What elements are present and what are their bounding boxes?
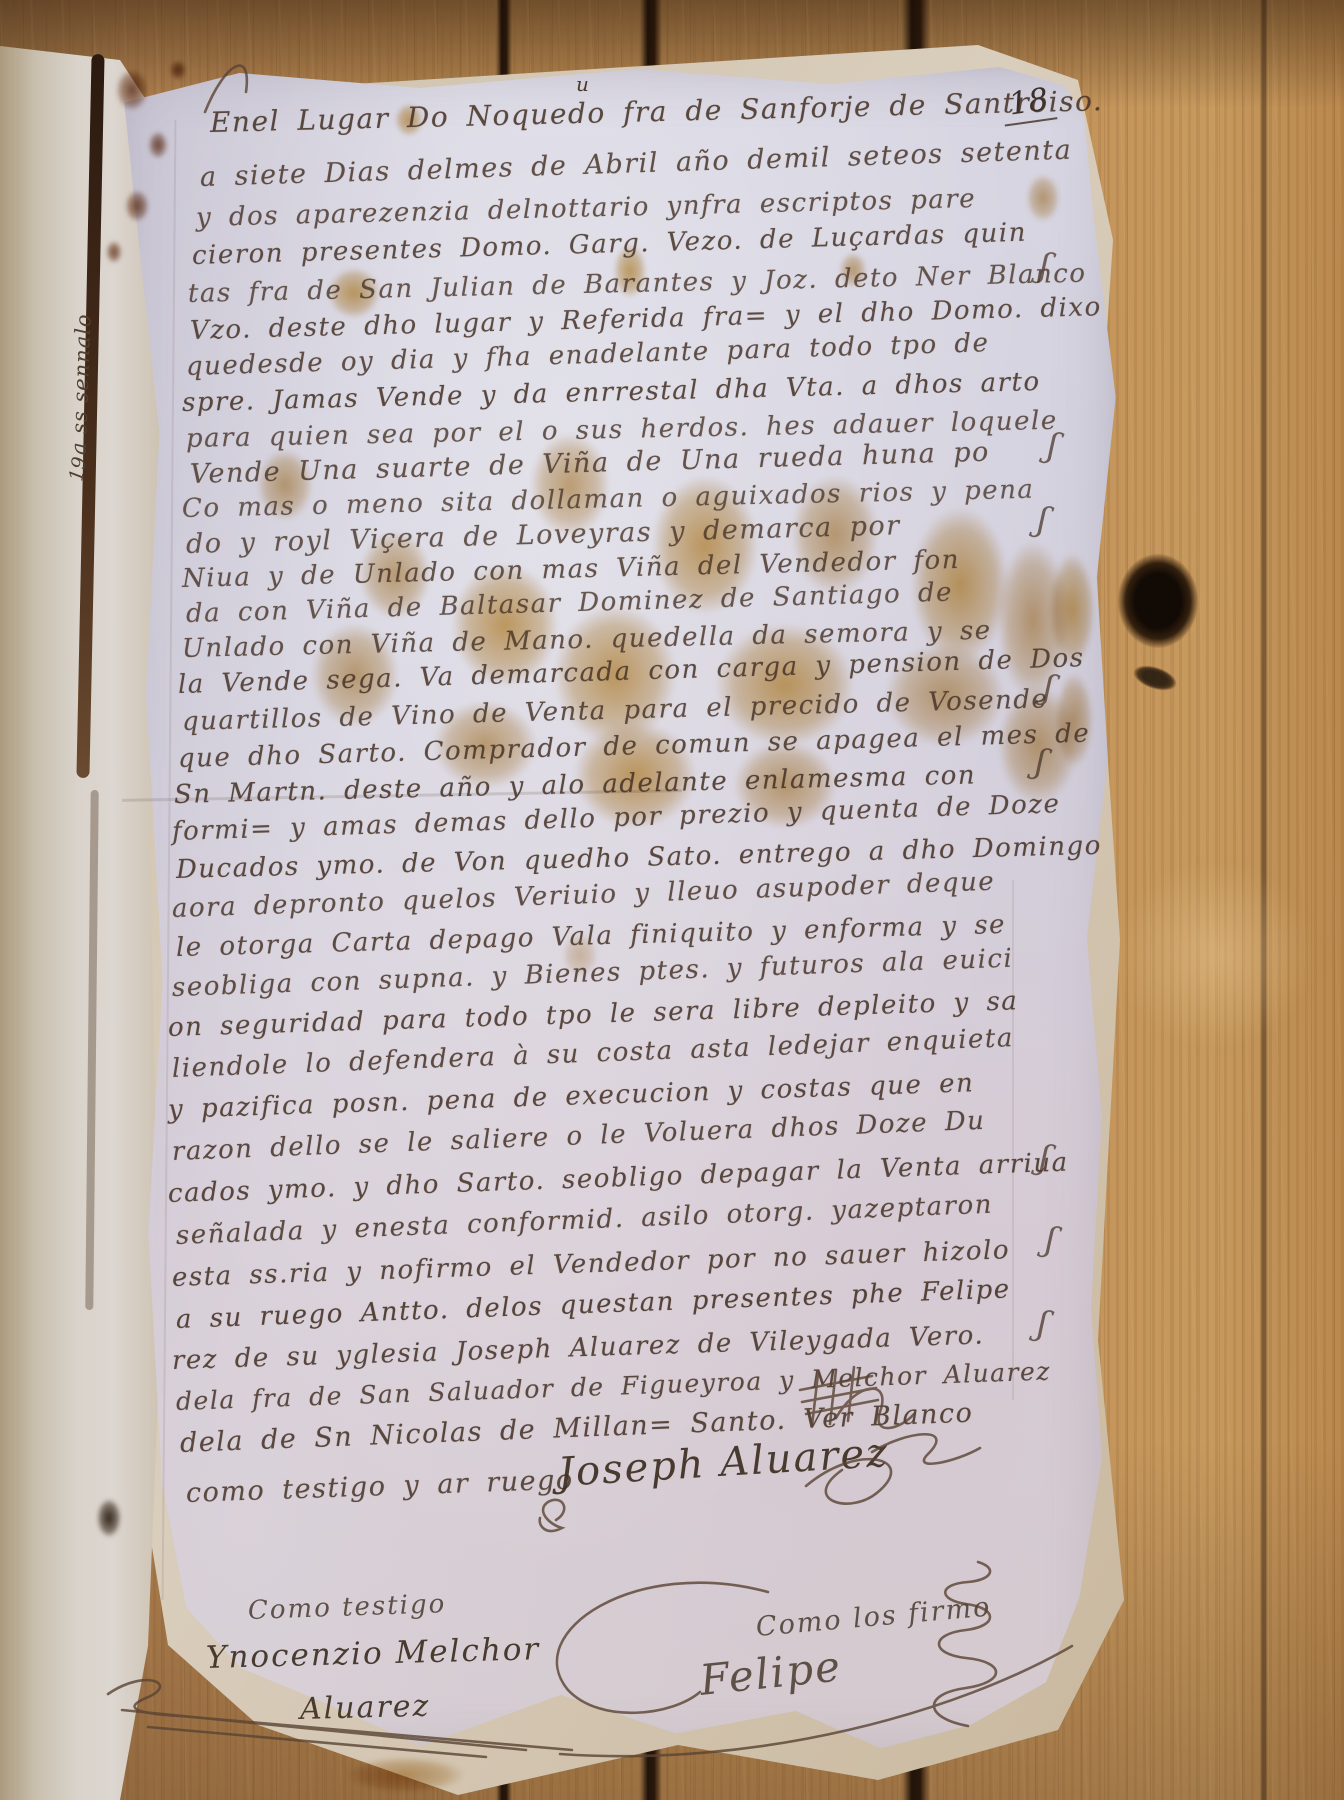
witness-surname: Aluarez	[300, 1689, 431, 1727]
ink-stain	[122, 186, 152, 226]
ink-stain	[1022, 168, 1064, 228]
ink-stain	[104, 238, 124, 266]
top-mark: u	[576, 72, 589, 96]
ink-stain	[146, 128, 170, 162]
manuscript-photo: a ss sennalo 19 18 u Enel Lugar Do Noque…	[0, 0, 1344, 1800]
ink-stain	[168, 58, 188, 82]
wood-highlight	[1080, 830, 1344, 1080]
ink-stain	[112, 64, 152, 116]
margin-number: 19	[65, 455, 91, 483]
ink-blot	[94, 1494, 124, 1542]
wood-knot	[1106, 540, 1210, 662]
ink-stain	[330, 1752, 480, 1798]
